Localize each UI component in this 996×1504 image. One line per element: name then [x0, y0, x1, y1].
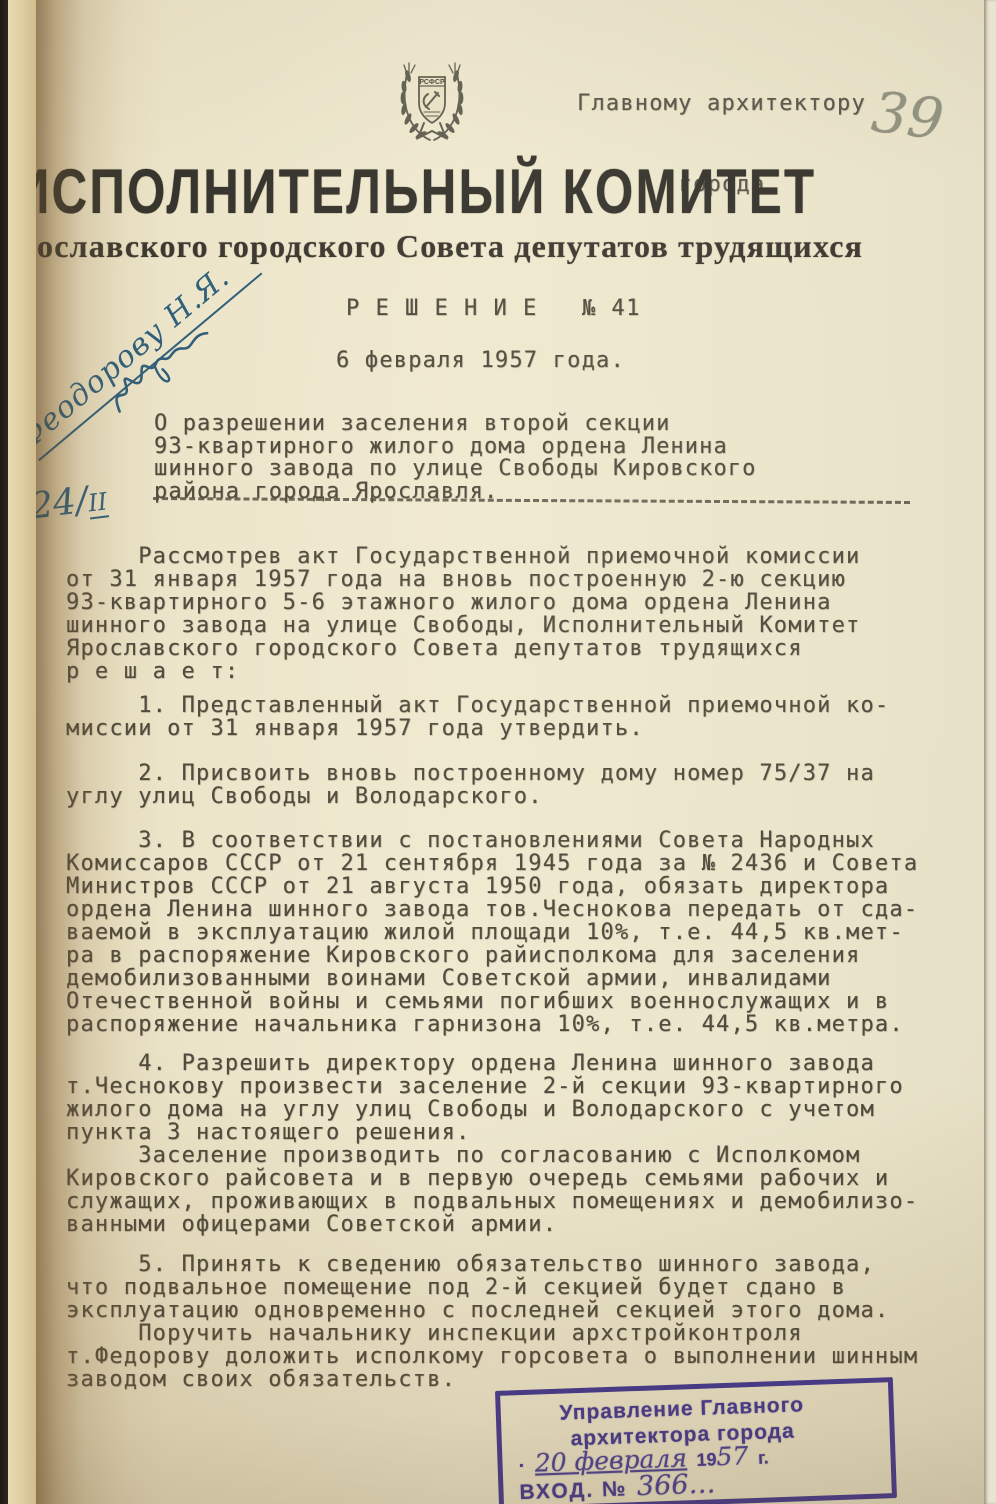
emblem-shield-text: РСФСР [419, 79, 445, 86]
stamp-entry-number: 366… [636, 1468, 716, 1502]
clause-1-paragraph: 1. Представленный акт Государственной пр… [66, 694, 971, 740]
stamp-date-year: 57 [716, 1441, 749, 1471]
stamp-date-century: 19 [696, 1449, 717, 1470]
document-page: Главному архитектору города 39 [36, 0, 984, 1504]
decision-date: 6 февраля 1957 года. [336, 348, 625, 373]
margin-date-sub: II [87, 487, 109, 519]
clause-3-paragraph: 3. В соответствии с постановлениями Сове… [66, 829, 971, 1036]
stamp-date-suffix: г. [758, 1447, 769, 1467]
clause-2-paragraph: 2. Присвоить вновь построенному дому ном… [66, 762, 971, 808]
underlying-page-edge [8, 0, 37, 1504]
letterhead-subtitle: рославского городского Совета депутатов … [36, 228, 863, 265]
stamp-entry-label: ВХОД. № [519, 1477, 628, 1504]
clause-4-paragraph: 4. Разрешить директору ордена Ленина шин… [66, 1052, 971, 1236]
preamble-paragraph: Рассмотрев акт Государственной приемочно… [66, 545, 971, 683]
clause-5-paragraph: 5. Принять к сведению обязательство шинн… [66, 1253, 971, 1391]
letterhead-title: ИСПОЛНИТЕЛЬНЫЙ КОМИТЕТ [36, 156, 816, 228]
handwritten-margin-date: 24/II [36, 477, 109, 527]
scanned-document-photo: Главному архитектору города 39 [0, 0, 996, 1504]
decision-heading: Р Е Ш Е Н И Е № 41 [346, 296, 641, 321]
pencil-page-number: 39 [868, 80, 947, 153]
recipient-line1: Главному архитектору [577, 90, 867, 117]
decision-subject: О разрешении заселения второй секции 93-… [154, 413, 757, 503]
book-binding-shadow [0, 0, 8, 1504]
adjacent-page-edge [984, 0, 996, 1504]
stamp-date-prefix: · [518, 1455, 525, 1477]
incoming-registration-stamp: Управление Главного архитектора города ·… [495, 1377, 897, 1504]
rsfsr-emblem-icon: РСФСР [386, 58, 478, 156]
margin-date-main: 24/ [36, 480, 90, 528]
